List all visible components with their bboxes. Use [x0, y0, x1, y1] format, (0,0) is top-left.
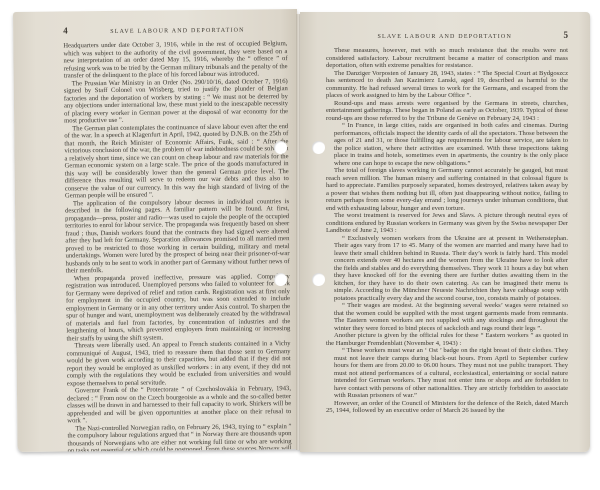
open-booklet: 4 SLAVE LABOUR AND DEPORTATION Headquart… [0, 0, 600, 490]
quote-paragraph: “ These workers must wear an ‘ Ost ’ bad… [326, 347, 568, 400]
paragraph: Round-ups and mass arrests were organise… [326, 100, 568, 123]
right-body-text: These measures, however, met with so muc… [326, 47, 568, 415]
paragraph: Governor Frank of the “ Protectorate ” o… [67, 385, 291, 425]
paragraph: These measures, however, met with so muc… [326, 47, 568, 70]
paragraph: When propaganda proved ineffective, pres… [66, 273, 291, 343]
left-page: 4 SLAVE LABOUR AND DEPORTATION Headquart… [13, 9, 302, 452]
paragraph: The German plan contemplates the continu… [64, 123, 289, 200]
quote-paragraph: “ Their wages are modest. At the beginni… [326, 302, 568, 332]
punch-hole [312, 141, 325, 154]
paragraph: However, an order of the Council of Mini… [326, 400, 568, 415]
punch-hole [274, 141, 287, 154]
right-running-head: SLAVE LABOUR AND DEPORTATION 5 [326, 30, 568, 40]
paragraph: The total of foreign slaves working in G… [326, 167, 568, 212]
punch-hole [274, 273, 287, 286]
right-page-number: 5 [564, 30, 569, 40]
quote-paragraph: “ In France, in large cities, raids are … [326, 122, 568, 167]
paragraph: Another picture is given by the official… [326, 332, 568, 347]
paragraph: The application of the compulsory labour… [65, 198, 290, 275]
paragraph: The Prussian War Ministry in an Order (N… [64, 78, 288, 125]
quote-paragraph: “ Exclusively women workers from the Ukr… [326, 235, 568, 303]
paragraph: The Nazi-controlled Norwegian radio, on … [67, 423, 291, 452]
right-running-title: SLAVE LABOUR AND DEPORTATION [326, 34, 564, 40]
paragraph: The worst treatment is reserved for Jews… [326, 212, 568, 235]
punch-hole [312, 273, 325, 286]
left-body-text: Headquarters under date October 3, 1916,… [63, 40, 291, 452]
paragraph: The Danziger Vorposten of January 28, 19… [326, 70, 568, 100]
paragraph: Threats were liberally used. An appeal t… [66, 340, 290, 387]
right-page: SLAVE LABOUR AND DEPORTATION 5 These mea… [300, 12, 590, 452]
paragraph: Headquarters under date October 3, 1916,… [63, 40, 287, 80]
left-running-head: 4 SLAVE LABOUR AND DEPORTATION [63, 23, 287, 35]
left-running-title: SLAVE LABOUR AND DEPORTATION [68, 27, 288, 35]
